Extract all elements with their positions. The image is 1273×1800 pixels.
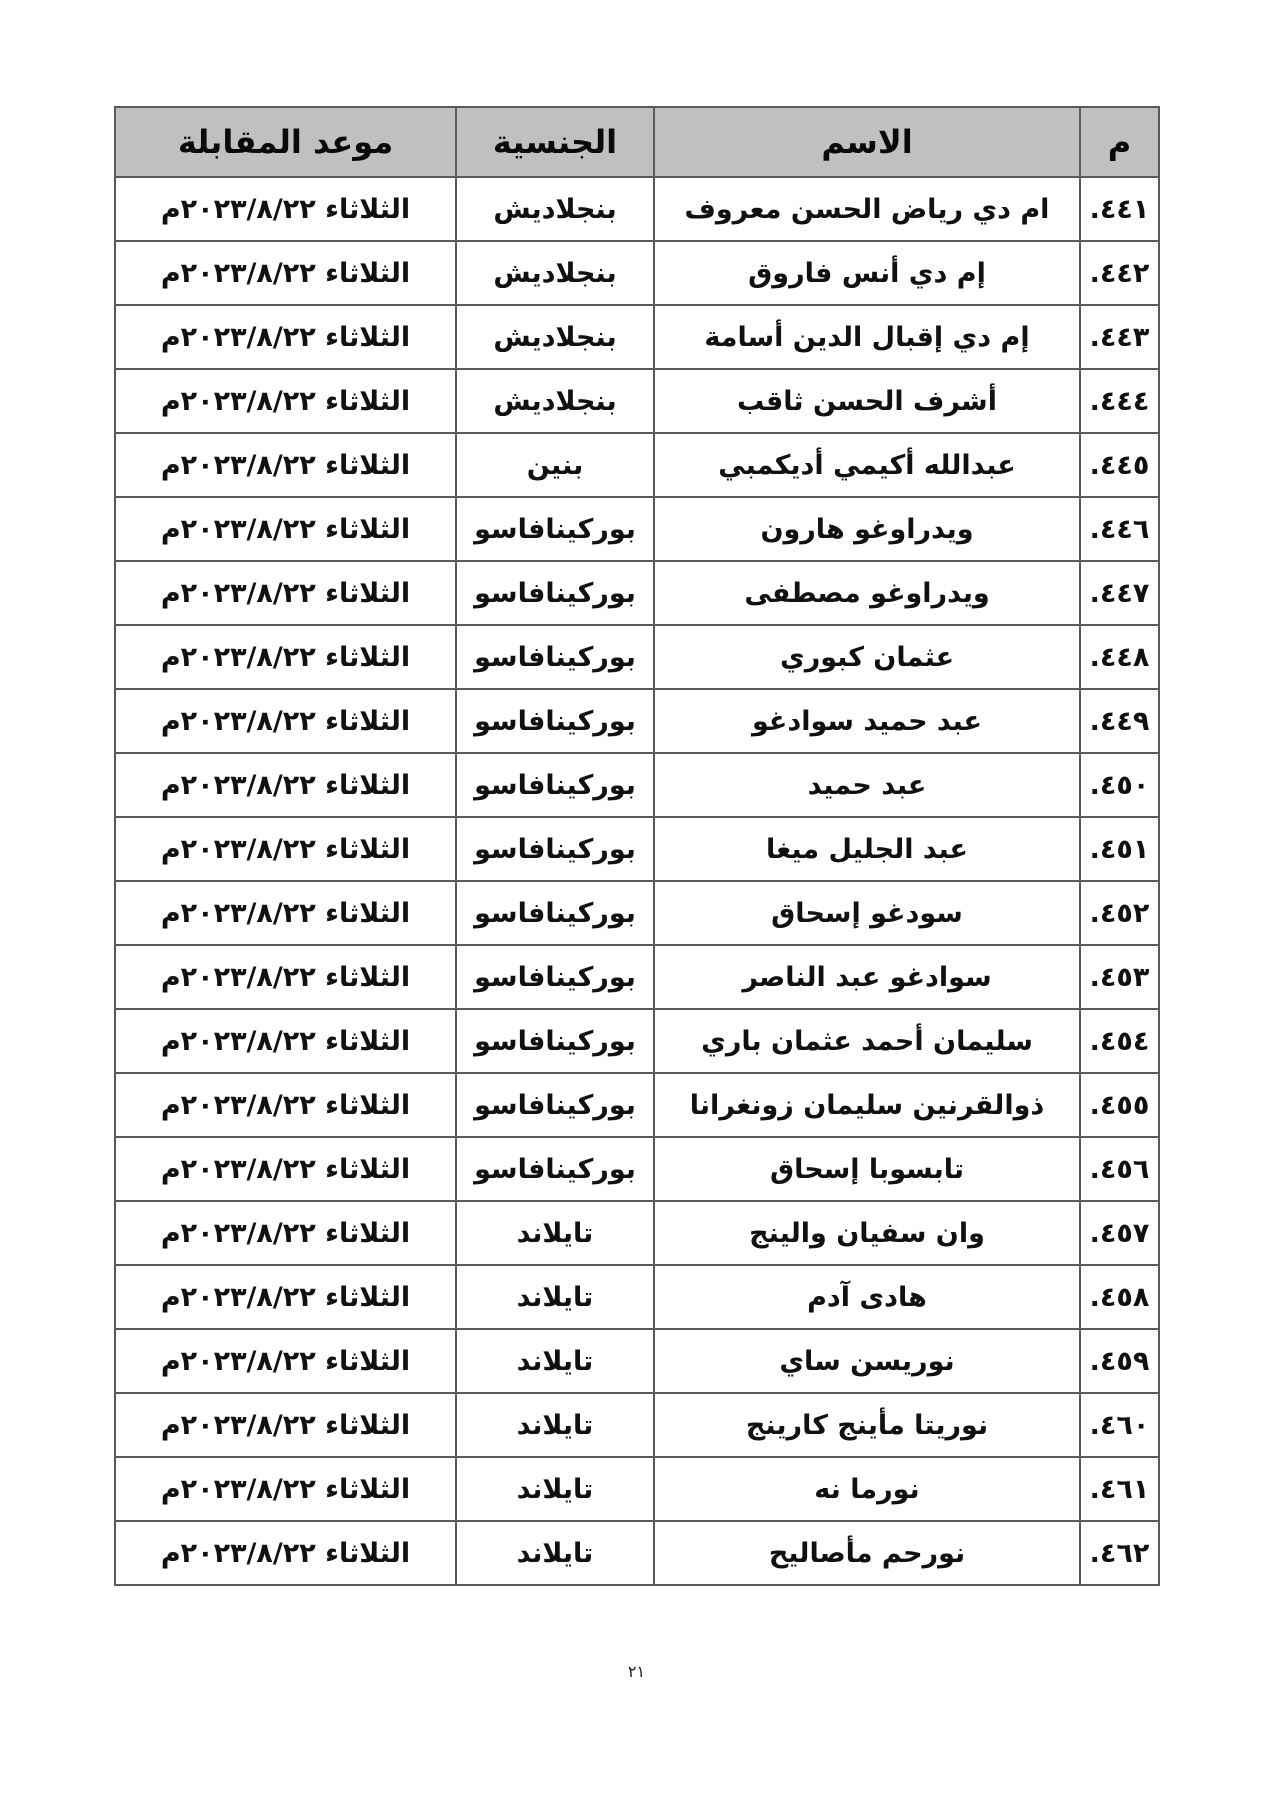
- table-row: ٤٥٤.سليمان أحمد عثمان باريبوركينافاسوالث…: [115, 1009, 1159, 1073]
- row-name: سليمان أحمد عثمان باري: [654, 1009, 1080, 1073]
- row-name: إم دي إقبال الدين أسامة: [654, 305, 1080, 369]
- row-number: ٤٤٩.: [1080, 689, 1159, 753]
- row-nationality: تايلاند: [456, 1329, 654, 1393]
- row-name: نوريسن ساي: [654, 1329, 1080, 1393]
- row-number: ٤٥١.: [1080, 817, 1159, 881]
- row-nationality: بوركينافاسو: [456, 1137, 654, 1201]
- row-name: عثمان كبوري: [654, 625, 1080, 689]
- page-number: ٢١: [0, 1662, 1273, 1681]
- row-nationality: بوركينافاسو: [456, 1073, 654, 1137]
- table-row: ٤٦٠.نوريتا مأينج كارينجتايلاندالثلاثاء ٢…: [115, 1393, 1159, 1457]
- row-name: أشرف الحسن ثاقب: [654, 369, 1080, 433]
- table-row: ٤٤٥.عبدالله أكيمي أديكمبيبنينالثلاثاء ٢٠…: [115, 433, 1159, 497]
- table-row: ٤٤٦.ويدراوغو هارونبوركينافاسوالثلاثاء ٢٠…: [115, 497, 1159, 561]
- row-name: إم دي أنس فاروق: [654, 241, 1080, 305]
- row-name: ويدراوغو هارون: [654, 497, 1080, 561]
- row-number: ٤٤٨.: [1080, 625, 1159, 689]
- header-interview-date: موعد المقابلة: [115, 107, 456, 177]
- row-nationality: بنجلاديش: [456, 177, 654, 241]
- row-name: هادى آدم: [654, 1265, 1080, 1329]
- row-number: ٤٤٣.: [1080, 305, 1159, 369]
- row-nationality: بوركينافاسو: [456, 625, 654, 689]
- row-number: ٤٥٠.: [1080, 753, 1159, 817]
- row-number: ٤٥٨.: [1080, 1265, 1159, 1329]
- row-number: ٤٥٢.: [1080, 881, 1159, 945]
- header-nationality: الجنسية: [456, 107, 654, 177]
- table-row: ٤٤٣.إم دي إقبال الدين أسامةبنجلاديشالثلا…: [115, 305, 1159, 369]
- row-nationality: بنجلاديش: [456, 305, 654, 369]
- row-nationality: بوركينافاسو: [456, 561, 654, 625]
- row-interview-date: الثلاثاء ٢٠٢٣/٨/٢٢م: [115, 753, 456, 817]
- row-name: نورحم مأصاليح: [654, 1521, 1080, 1585]
- row-nationality: بوركينافاسو: [456, 497, 654, 561]
- row-nationality: بوركينافاسو: [456, 753, 654, 817]
- row-nationality: بنجلاديش: [456, 241, 654, 305]
- row-interview-date: الثلاثاء ٢٠٢٣/٨/٢٢م: [115, 625, 456, 689]
- row-name: عبد حميد سوادغو: [654, 689, 1080, 753]
- document-page: م الاسم الجنسية موعد المقابلة ٤٤١.ام دي …: [0, 0, 1273, 1800]
- row-name: وان سفيان والينج: [654, 1201, 1080, 1265]
- table-body: ٤٤١.ام دي رياض الحسن معروفبنجلاديشالثلاث…: [115, 177, 1159, 1585]
- row-interview-date: الثلاثاء ٢٠٢٣/٨/٢٢م: [115, 497, 456, 561]
- table-row: ٤٤١.ام دي رياض الحسن معروفبنجلاديشالثلاث…: [115, 177, 1159, 241]
- row-interview-date: الثلاثاء ٢٠٢٣/٨/٢٢م: [115, 305, 456, 369]
- row-name: ويدراوغو مصطفى: [654, 561, 1080, 625]
- row-nationality: بوركينافاسو: [456, 689, 654, 753]
- table-row: ٤٥٦.تابسوبا إسحاقبوركينافاسوالثلاثاء ٢٠٢…: [115, 1137, 1159, 1201]
- row-interview-date: الثلاثاء ٢٠٢٣/٨/٢٢م: [115, 1009, 456, 1073]
- row-name: سودغو إسحاق: [654, 881, 1080, 945]
- table-row: ٤٦٢.نورحم مأصاليحتايلاندالثلاثاء ٢٠٢٣/٨/…: [115, 1521, 1159, 1585]
- table-row: ٤٥٣.سوادغو عبد الناصربوركينافاسوالثلاثاء…: [115, 945, 1159, 1009]
- row-number: ٤٤٢.: [1080, 241, 1159, 305]
- table-row: ٤٤٤.أشرف الحسن ثاقببنجلاديشالثلاثاء ٢٠٢٣…: [115, 369, 1159, 433]
- table-row: ٤٥١.عبد الجليل ميغابوركينافاسوالثلاثاء ٢…: [115, 817, 1159, 881]
- row-name: عبدالله أكيمي أديكمبي: [654, 433, 1080, 497]
- row-number: ٤٥٣.: [1080, 945, 1159, 1009]
- row-interview-date: الثلاثاء ٢٠٢٣/٨/٢٢م: [115, 1137, 456, 1201]
- row-number: ٤٦٠.: [1080, 1393, 1159, 1457]
- row-interview-date: الثلاثاء ٢٠٢٣/٨/٢٢م: [115, 881, 456, 945]
- header-name: الاسم: [654, 107, 1080, 177]
- row-name: سوادغو عبد الناصر: [654, 945, 1080, 1009]
- table-row: ٤٥٨.هادى آدمتايلاندالثلاثاء ٢٠٢٣/٨/٢٢م: [115, 1265, 1159, 1329]
- table-header: م الاسم الجنسية موعد المقابلة: [115, 107, 1159, 177]
- row-interview-date: الثلاثاء ٢٠٢٣/٨/٢٢م: [115, 1457, 456, 1521]
- row-interview-date: الثلاثاء ٢٠٢٣/٨/٢٢م: [115, 1329, 456, 1393]
- row-number: ٤٤١.: [1080, 177, 1159, 241]
- row-number: ٤٤٤.: [1080, 369, 1159, 433]
- table-row: ٤٥٩.نوريسن سايتايلاندالثلاثاء ٢٠٢٣/٨/٢٢م: [115, 1329, 1159, 1393]
- header-row: م الاسم الجنسية موعد المقابلة: [115, 107, 1159, 177]
- row-name: نوريتا مأينج كارينج: [654, 1393, 1080, 1457]
- interview-schedule-table: م الاسم الجنسية موعد المقابلة ٤٤١.ام دي …: [114, 106, 1160, 1586]
- row-name: تابسوبا إسحاق: [654, 1137, 1080, 1201]
- row-name: عبد الجليل ميغا: [654, 817, 1080, 881]
- row-interview-date: الثلاثاء ٢٠٢٣/٨/٢٢م: [115, 433, 456, 497]
- row-name: ذوالقرنين سليمان زونغرانا: [654, 1073, 1080, 1137]
- row-nationality: تايلاند: [456, 1265, 654, 1329]
- row-number: ٤٤٧.: [1080, 561, 1159, 625]
- row-nationality: تايلاند: [456, 1521, 654, 1585]
- table-row: ٤٥٢.سودغو إسحاقبوركينافاسوالثلاثاء ٢٠٢٣/…: [115, 881, 1159, 945]
- row-nationality: بنين: [456, 433, 654, 497]
- row-nationality: تايلاند: [456, 1457, 654, 1521]
- row-interview-date: الثلاثاء ٢٠٢٣/٨/٢٢م: [115, 945, 456, 1009]
- table-row: ٤٤٧.ويدراوغو مصطفىبوركينافاسوالثلاثاء ٢٠…: [115, 561, 1159, 625]
- row-nationality: تايلاند: [456, 1201, 654, 1265]
- row-nationality: بوركينافاسو: [456, 817, 654, 881]
- row-number: ٤٤٦.: [1080, 497, 1159, 561]
- row-nationality: بوركينافاسو: [456, 881, 654, 945]
- table-row: ٤٤٨.عثمان كبوريبوركينافاسوالثلاثاء ٢٠٢٣/…: [115, 625, 1159, 689]
- row-interview-date: الثلاثاء ٢٠٢٣/٨/٢٢م: [115, 689, 456, 753]
- row-number: ٤٥٧.: [1080, 1201, 1159, 1265]
- table-row: ٤٥٧.وان سفيان والينجتايلاندالثلاثاء ٢٠٢٣…: [115, 1201, 1159, 1265]
- table-row: ٤٦١.نورما نهتايلاندالثلاثاء ٢٠٢٣/٨/٢٢م: [115, 1457, 1159, 1521]
- row-interview-date: الثلاثاء ٢٠٢٣/٨/٢٢م: [115, 369, 456, 433]
- row-nationality: تايلاند: [456, 1393, 654, 1457]
- row-name: نورما نه: [654, 1457, 1080, 1521]
- table-row: ٤٤٢.إم دي أنس فاروقبنجلاديشالثلاثاء ٢٠٢٣…: [115, 241, 1159, 305]
- row-number: ٤٦١.: [1080, 1457, 1159, 1521]
- row-number: ٤٤٥.: [1080, 433, 1159, 497]
- header-number: م: [1080, 107, 1159, 177]
- row-interview-date: الثلاثاء ٢٠٢٣/٨/٢٢م: [115, 1521, 456, 1585]
- table-row: ٤٥٠.عبد حميدبوركينافاسوالثلاثاء ٢٠٢٣/٨/٢…: [115, 753, 1159, 817]
- row-number: ٤٥٤.: [1080, 1009, 1159, 1073]
- row-interview-date: الثلاثاء ٢٠٢٣/٨/٢٢م: [115, 561, 456, 625]
- row-nationality: بنجلاديش: [456, 369, 654, 433]
- table-row: ٤٤٩.عبد حميد سوادغوبوركينافاسوالثلاثاء ٢…: [115, 689, 1159, 753]
- row-interview-date: الثلاثاء ٢٠٢٣/٨/٢٢م: [115, 1393, 456, 1457]
- table-row: ٤٥٥.ذوالقرنين سليمان زونغرانابوركينافاسو…: [115, 1073, 1159, 1137]
- row-interview-date: الثلاثاء ٢٠٢٣/٨/٢٢م: [115, 1201, 456, 1265]
- row-interview-date: الثلاثاء ٢٠٢٣/٨/٢٢م: [115, 817, 456, 881]
- row-nationality: بوركينافاسو: [456, 1009, 654, 1073]
- row-interview-date: الثلاثاء ٢٠٢٣/٨/٢٢م: [115, 241, 456, 305]
- row-name: عبد حميد: [654, 753, 1080, 817]
- row-number: ٤٥٩.: [1080, 1329, 1159, 1393]
- row-interview-date: الثلاثاء ٢٠٢٣/٨/٢٢م: [115, 177, 456, 241]
- row-number: ٤٥٦.: [1080, 1137, 1159, 1201]
- row-number: ٤٥٥.: [1080, 1073, 1159, 1137]
- row-name: ام دي رياض الحسن معروف: [654, 177, 1080, 241]
- row-interview-date: الثلاثاء ٢٠٢٣/٨/٢٢م: [115, 1265, 456, 1329]
- row-number: ٤٦٢.: [1080, 1521, 1159, 1585]
- row-nationality: بوركينافاسو: [456, 945, 654, 1009]
- row-interview-date: الثلاثاء ٢٠٢٣/٨/٢٢م: [115, 1073, 456, 1137]
